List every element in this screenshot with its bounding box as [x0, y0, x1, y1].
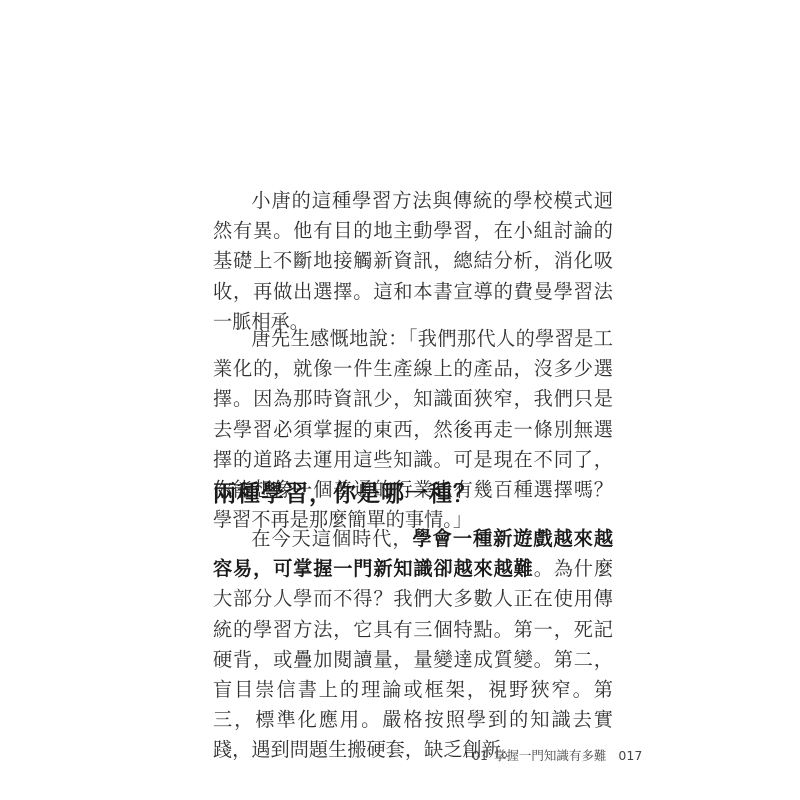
page-number: 017 — [618, 748, 642, 763]
running-footer: 01掌握一門知識有多難017 — [472, 746, 642, 764]
paragraph-suffix: 。為什麼大部分人學而不得？我們大多數人正在使用傳統的學習方法，它具有三個特點。第… — [213, 557, 613, 761]
chapter-number: 01 — [472, 748, 488, 763]
paragraph-text: 小唐的這種學習方法與傳統的學校模式迥然有異。他有目的地主動學習，在小組討論的基礎… — [213, 186, 613, 337]
book-page: 小唐的這種學習方法與傳統的學校模式迥然有異。他有目的地主動學習，在小組討論的基礎… — [0, 0, 800, 800]
paragraph-text: 在今天這個時代，學會一種新遊戲越來越容易，可掌握一門新知識卻越來越難。為什麼大部… — [213, 524, 613, 766]
paragraph-3: 在今天這個時代，學會一種新遊戲越來越容易，可掌握一門新知識卻越來越難。為什麼大部… — [213, 524, 613, 766]
paragraph-prefix: 在今天這個時代， — [251, 527, 412, 550]
paragraph-1: 小唐的這種學習方法與傳統的學校模式迥然有異。他有目的地主動學習，在小組討論的基礎… — [213, 186, 613, 337]
section-heading: 兩種學習，你是哪一種？ — [213, 478, 477, 510]
chapter-title: 掌握一門知識有多難 — [494, 748, 607, 763]
